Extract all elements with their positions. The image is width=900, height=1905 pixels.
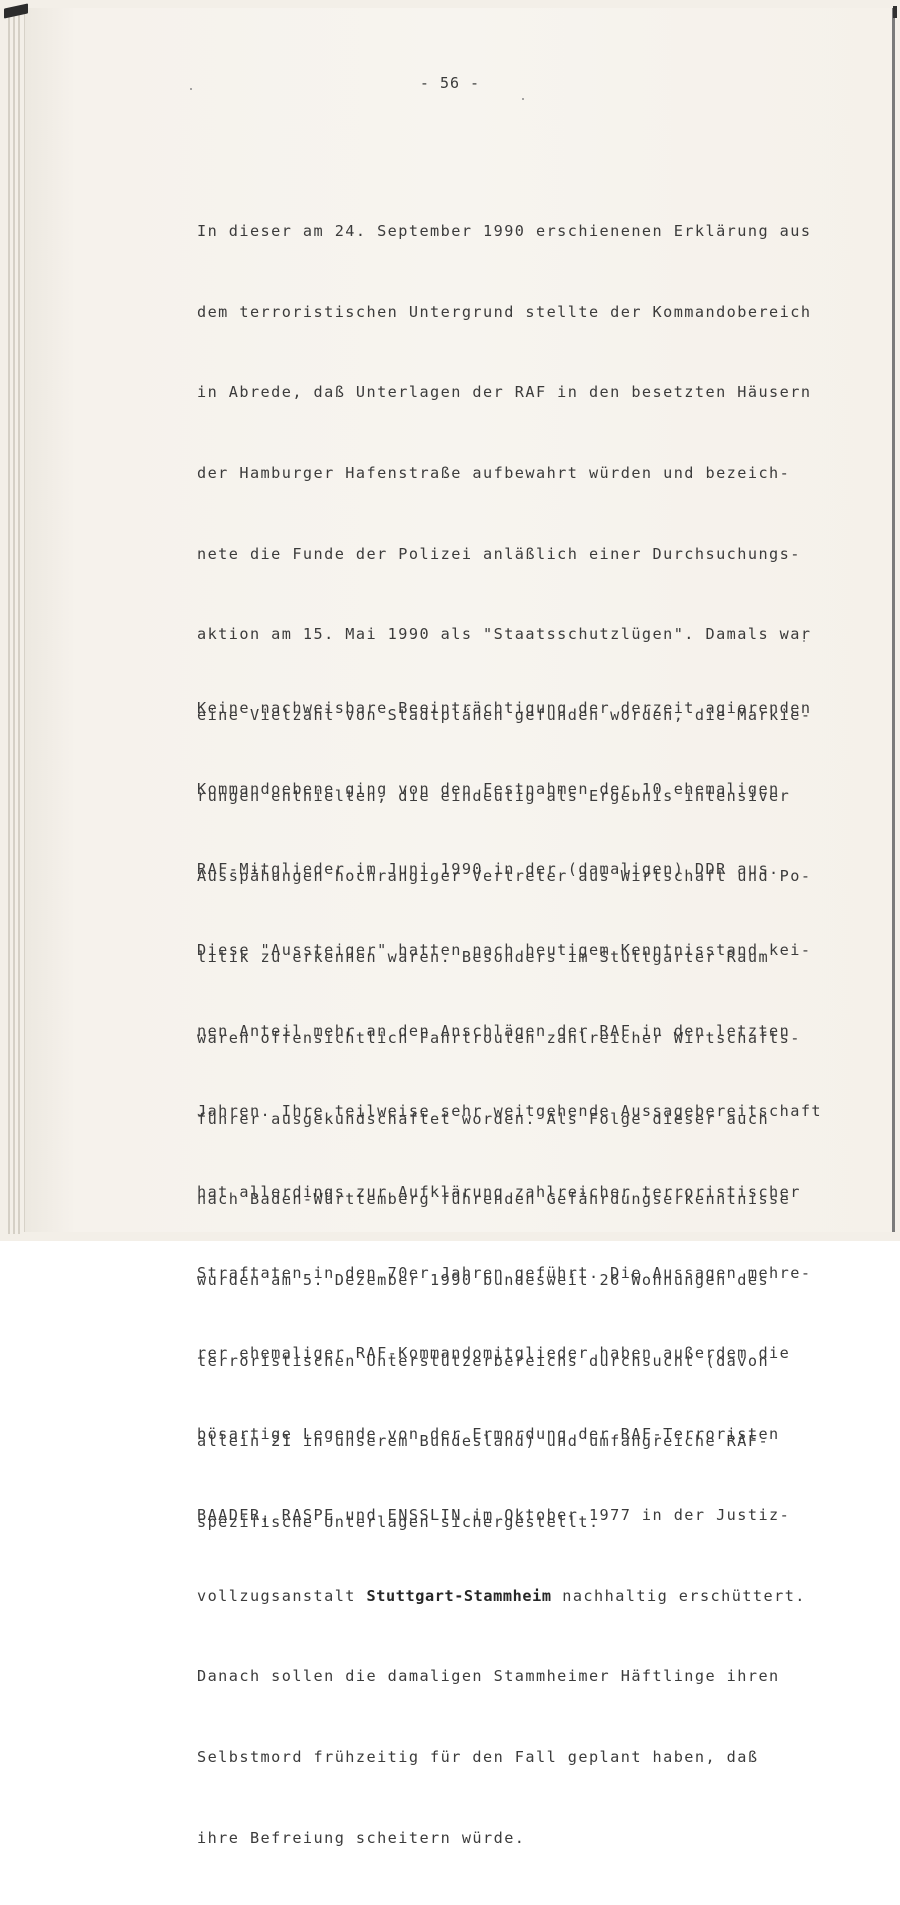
scan-speck	[522, 98, 524, 100]
text-line: hat allerdings zur Aufklärung zahlreiche…	[197, 1179, 877, 1206]
paragraph-2: Keine nachweisbare Beeinträchtigung der …	[197, 641, 877, 1241]
page-stack-edge	[8, 8, 10, 1234]
page-number: - 56 -	[0, 74, 900, 92]
text-line: der Hamburger Hafenstraße aufbewahrt wür…	[197, 460, 877, 487]
text-line: Keine nachweisbare Beeinträchtigung der …	[197, 695, 877, 722]
page-stack-edge	[13, 8, 15, 1234]
text-line: Kommandoebene ging von den Festnahmen de…	[197, 776, 877, 803]
text-line: nete die Funde der Polizei anläßlich ein…	[197, 541, 877, 568]
text-line: Jahren. Ihre teilweise sehr weitgehende …	[197, 1098, 877, 1125]
text-line: nen Anteil mehr an den Anschlägen der RA…	[197, 1018, 877, 1045]
scan-speck	[190, 88, 192, 90]
page-stack-edge	[18, 8, 20, 1234]
text-line: in Abrede, daß Unterlagen der RAF in den…	[197, 379, 877, 406]
text-line: In dieser am 24. September 1990 erschien…	[197, 218, 877, 245]
page-edge-mark	[893, 6, 897, 18]
text-line: RAF-Mitglieder im Juni 1990 in der (dama…	[197, 856, 877, 883]
text-line: Diese "Aussteiger" hatten nach heutigem …	[197, 937, 877, 964]
scanned-page-background: - 56 - In dieser am 24. September 1990 e…	[0, 0, 900, 1241]
text-line: dem terroristischen Untergrund stellte d…	[197, 299, 877, 326]
